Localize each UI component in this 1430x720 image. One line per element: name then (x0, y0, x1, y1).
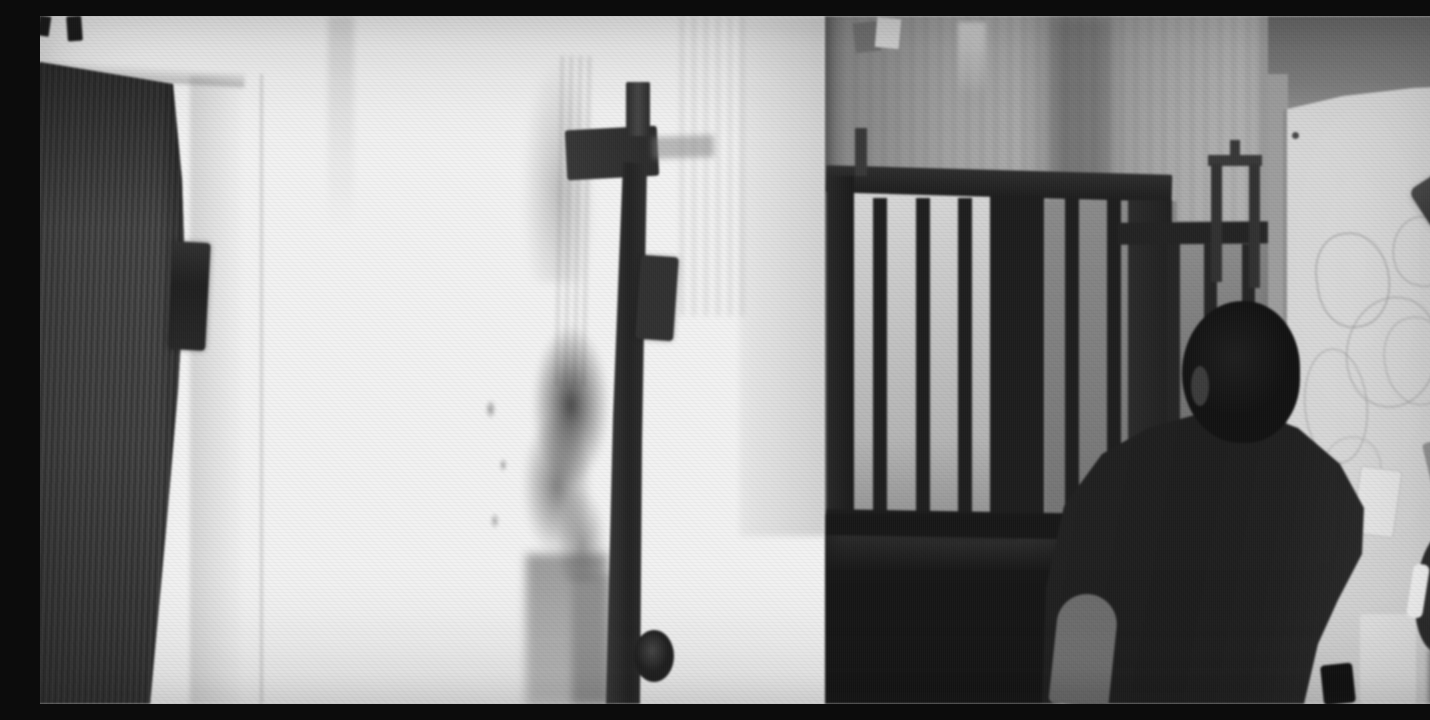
photo-scene (40, 16, 1430, 704)
leaning-frame-leg (1211, 164, 1222, 282)
person-ear (1191, 366, 1209, 406)
door-frame-pin (626, 82, 650, 136)
front-gate-bar (916, 198, 930, 534)
keyhole-dot (1292, 132, 1299, 139)
door-knob (634, 630, 674, 682)
front-gate-bar (873, 198, 887, 534)
cell-door-latch (167, 241, 211, 351)
leaning-frame-nub (1230, 140, 1240, 157)
door-hinge-mark (66, 16, 83, 41)
door-frame-latch (635, 255, 679, 341)
front-gate-dark-bars (990, 196, 1044, 538)
wall-stain-spots (478, 372, 520, 558)
wall-patch (875, 17, 902, 49)
wall-smear (652, 135, 715, 159)
gate-post (855, 128, 867, 176)
corridor-wall-shading (1052, 16, 1110, 188)
wall-stain (508, 314, 620, 582)
wall-streak (328, 16, 354, 226)
doorway-shadow (190, 76, 268, 704)
front-gate-bar (1065, 198, 1079, 534)
front-gate-bar (958, 198, 972, 534)
photo-canvas (40, 16, 1430, 704)
light-patch (1360, 614, 1416, 704)
front-gate-stile (827, 176, 854, 534)
dark-shape-at-hip (1320, 662, 1356, 704)
wall-highlight (958, 22, 986, 96)
photo-world (40, 16, 1430, 704)
wall-streak (740, 16, 826, 536)
